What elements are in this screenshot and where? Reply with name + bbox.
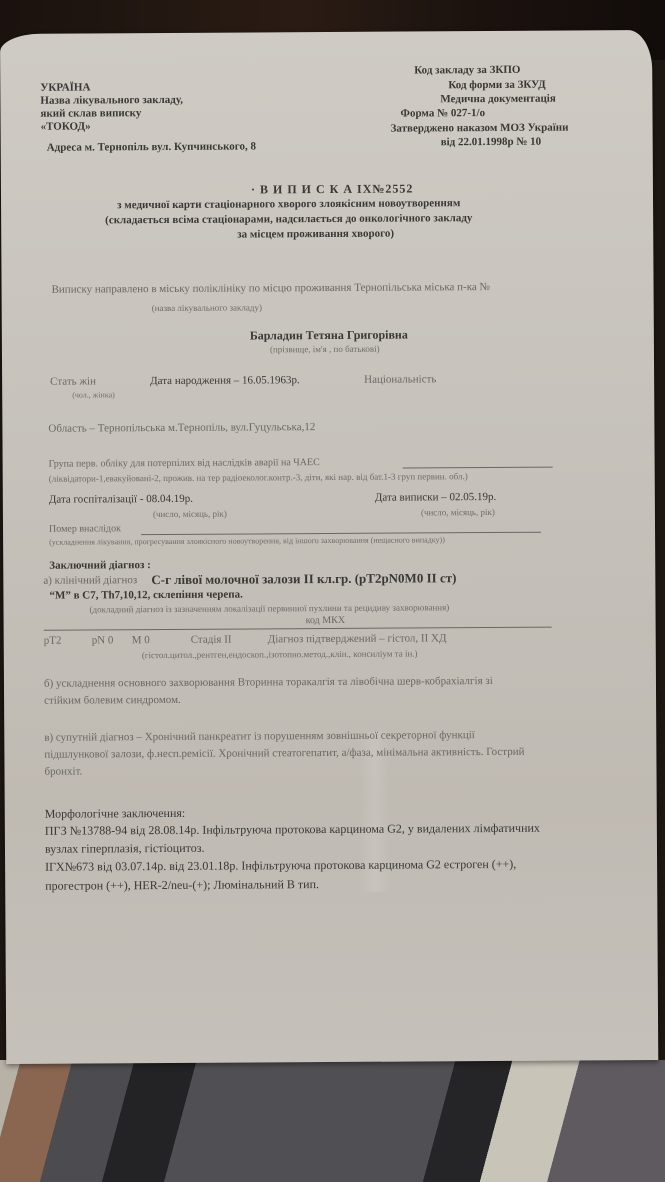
metastases: “М” в С7, Th7,10,12, склепіння черепа. [49, 589, 243, 602]
stage: Стадія ІІ [191, 634, 232, 646]
header-zkpo: Код закладу за ЗКПО [414, 64, 520, 77]
tnm-m: M 0 [132, 634, 150, 646]
hospitalization-date: Дата госпіталізації - 08.04.19р. [49, 493, 193, 506]
document-title: · В И П И С К А ІХ№2552 [251, 181, 414, 197]
header-country: УКРАЇНА [40, 81, 90, 93]
tnm-t: pT2 [44, 635, 62, 647]
patient-sex: Стать жін [50, 375, 96, 387]
patient-name: Барладин Тетяна Григорівна [250, 328, 408, 344]
diagnosis-confirmed-caption: (гістол.цитол.,рентген,ендоскоп.,ізотопн… [142, 648, 418, 660]
complications-line-2: стійким болевим синдромом. [44, 694, 181, 707]
background-floor [0, 1060, 665, 1182]
header-form-number: Форма № 027-1/о [400, 107, 485, 120]
mkh-code-line [44, 627, 552, 631]
concomitant-line-2: підшлункової залози, ф.несп.ремісії. Хро… [44, 746, 524, 761]
chernobyl-group: Група перв. обліку для потерпілих від на… [49, 457, 320, 470]
patient-address: Область – Тернопільська м.Тернопіль, вул… [48, 421, 315, 435]
morphology-heading: Морфологічне заключення: [45, 806, 186, 822]
referral-caption: (назва лікувального закладу) [152, 302, 262, 313]
discharge-caption: (число, місяць, рік) [421, 507, 495, 517]
patient-birth-date: Дата народження – 16.05.1963р. [150, 374, 300, 387]
morphology-line-4: прогестрон (++), HER-2/neu-(+); Люміналь… [45, 877, 319, 894]
document-page: УКРАЇНА Назва лікувального закладу, який… [0, 30, 658, 1064]
morphology-line-1: ПГЗ №13788-94 від 28.08.14р. Інфільтруюч… [45, 821, 540, 839]
document-subtitle-2: (складається всіма стаціонарами, надсила… [105, 212, 472, 226]
clinical-diagnosis: С-г лівої молочної залози ІІ кл.гр. (pT2… [151, 570, 456, 588]
institution-address: Адреса м. Тернопіль вул. Купчинського, 8 [47, 140, 256, 153]
header-order-date: від 22.01.1998р № 10 [441, 136, 542, 149]
document-subtitle-1: з медичної карти стаціонарного хворого з… [117, 197, 460, 211]
header-approved: Затверджено наказом МОЗ України [391, 122, 569, 135]
patient-sex-caption: (чол., жінка) [72, 390, 115, 399]
tnm-n: pN 0 [92, 634, 114, 646]
discharge-date: Дата виписки – 02.05.19р. [375, 491, 496, 504]
patient-name-caption: (прізвище, ім'я , по батькові) [270, 344, 380, 355]
chernobyl-caption: (ліквідатори-1,евакуйовані-2, прожив. на… [49, 471, 468, 484]
header-institution-label-1: Назва лікувального закладу, [40, 94, 183, 107]
died-after-caption: (ускладнення лікування, прогресування зл… [49, 535, 445, 546]
morphology-line-3: ІГХ№673 від 03.07.14р. від 23.01.18р. Ін… [45, 857, 516, 875]
diagnosis-heading: Заключний діагноз : [49, 559, 151, 572]
chernobyl-group-line [403, 467, 553, 469]
diagnosis-confirmed: Діагноз підтверджений – гістол, ІІ ХД [268, 632, 447, 645]
morphology-line-2: вузлах гіперплазія, гістіоцитоз. [45, 841, 205, 857]
header-institution-name: «ТОКОД» [41, 120, 91, 132]
complications-line-1: б) ускладнення основного захворювання Вт… [44, 675, 493, 690]
concomitant-line-3: бронхіт. [44, 766, 82, 778]
clinical-diagnosis-label: а) клінічний діагноз [43, 574, 137, 587]
diagnosis-detail-caption: (докладний діагноз із зазначенням локалі… [89, 602, 449, 614]
concomitant-line-1: в) супутній діагноз – Хронічний панкреат… [44, 729, 475, 744]
mkh-code-label: код МКХ [306, 615, 346, 626]
header-zkud: Код форми за ЗКУД [448, 79, 545, 92]
died-after-label: Помер внаслідок [49, 523, 121, 534]
header-institution-label-2: який склав виписку [40, 107, 141, 120]
died-after-line [141, 532, 541, 535]
document-subtitle-3: за місцем проживання хворого) [237, 228, 394, 241]
hospitalization-caption: (число, місяць, рік) [153, 509, 227, 519]
header-med-docs: Медична документація [440, 93, 555, 106]
patient-nationality: Національність [364, 373, 436, 385]
referral-text: Виписку направлено в міську поліклініку … [52, 281, 491, 296]
